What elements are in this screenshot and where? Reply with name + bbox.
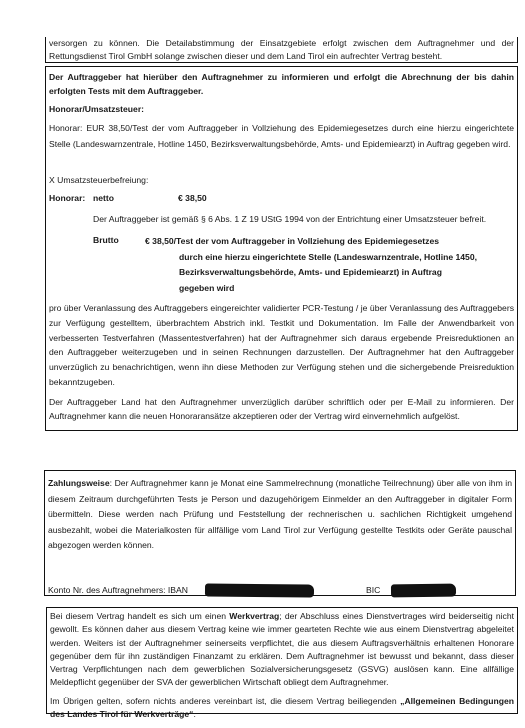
fee-description: Honorar: EUR 38,50/Test der vom Auftragg… <box>49 121 514 152</box>
inform-paragraph: Der Auftraggeber Land hat den Auftragneh… <box>49 395 514 423</box>
general-terms-text-a: Im Übrigen gelten, sofern nichts anderes… <box>50 696 400 706</box>
net-value: € 38,50 <box>178 192 207 205</box>
exemption-note-row: Der Auftraggeber ist gemäß § 6 Abs. 1 Z … <box>49 213 514 229</box>
gross-label: Brutto <box>93 234 119 247</box>
gross-fee-text: € 38,50/Test der vom Auftraggeber in Vol… <box>179 234 479 296</box>
work-contract-text-b: ; der Abschluss eines Dienstvertrages wi… <box>50 611 514 687</box>
bank-account-row: Konto Nr. des Auftragnehmers: IBAN BIC <box>48 584 512 600</box>
pcr-test-paragraph: pro über Veranlassung des Auftraggebers … <box>49 301 514 390</box>
work-contract-text-a: Bei diesem Vertrag handelt es sich um ei… <box>50 611 229 621</box>
bic-label: BIC <box>366 584 380 597</box>
payment-label: Zahlungsweise <box>48 478 110 488</box>
general-terms-text-b: . <box>193 709 195 719</box>
fee-label: Honorar: <box>49 192 85 205</box>
tax-exemption-marker: X Umsatzsteuerbefreiung: <box>49 174 514 187</box>
contract-type-section: Bei diesem Vertrag handelt es sich um ei… <box>46 607 518 714</box>
net-fee-row: Honorar: netto € 38,50 <box>49 192 514 208</box>
work-contract-term: Werkvertrag <box>229 611 279 621</box>
net-label: netto <box>93 192 114 205</box>
general-terms-paragraph: Im Übrigen gelten, sofern nichts anderes… <box>50 695 514 722</box>
continuation-text: versorgen zu können. Die Detailabstimmun… <box>49 37 514 63</box>
gross-fee-block: Brutto € 38,50/Test der vom Auftraggeber… <box>49 234 514 296</box>
gross-fee-rest: durch eine hierzu eingerichtete Stelle (… <box>179 252 477 293</box>
iban-redaction <box>205 583 314 597</box>
exemption-note: Der Auftraggeber ist gemäß § 6 Abs. 1 Z … <box>93 213 486 226</box>
billing-info-bold: Der Auftraggeber hat hierüber den Auftra… <box>49 70 514 98</box>
payment-paragraph: Zahlungsweise: Der Auftragnehmer kann je… <box>48 476 512 554</box>
work-contract-paragraph: Bei diesem Vertrag handelt es sich um ei… <box>50 610 514 690</box>
contract-section-continuation: versorgen zu können. Die Detailabstimmun… <box>45 37 518 63</box>
payment-text: : Der Auftragnehmer kann je Monat eine S… <box>48 478 512 550</box>
payment-section: Zahlungsweise: Der Auftragnehmer kann je… <box>44 470 516 596</box>
iban-label: Konto Nr. des Auftragnehmers: IBAN <box>48 584 188 597</box>
gross-fee-first-line: € 38,50/Test der vom Auftraggeber in Vol… <box>145 234 479 250</box>
fee-tax-heading: Honorar/Umsatzsteuer: <box>49 103 514 116</box>
fee-tax-section: Der Auftraggeber hat hierüber den Auftra… <box>45 66 518 431</box>
bic-redaction <box>391 583 456 597</box>
